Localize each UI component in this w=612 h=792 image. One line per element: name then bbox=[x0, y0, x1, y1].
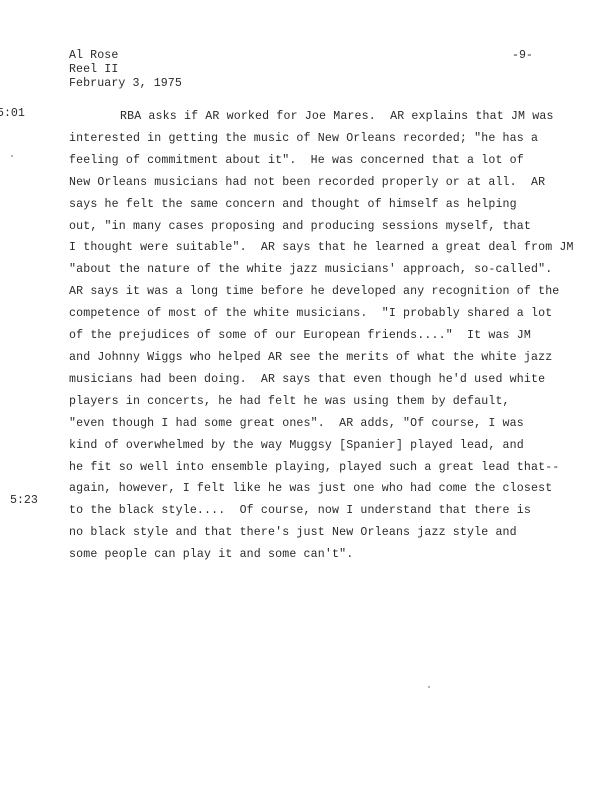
transcript-line: some people can play it and some can't". bbox=[69, 544, 574, 566]
transcript-line: he fit so well into ensemble playing, pl… bbox=[69, 457, 574, 479]
interviewee-name: Al Rose bbox=[69, 49, 182, 63]
transcript-line: "even though I had some great ones". AR … bbox=[69, 413, 574, 435]
transcript-line: "about the nature of the white jazz musi… bbox=[69, 259, 574, 281]
transcript-body: RBA asks if AR worked for Joe Mares. AR … bbox=[69, 106, 574, 566]
transcript-line: musicians had been doing. AR says that e… bbox=[69, 369, 574, 391]
transcript-line: says he felt the same concern and though… bbox=[69, 194, 574, 216]
transcript-line: competence of most of the white musician… bbox=[69, 303, 574, 325]
document-header: Al Rose Reel II February 3, 1975 bbox=[69, 49, 182, 91]
interview-date: February 3, 1975 bbox=[69, 77, 182, 91]
transcript-line-text: RBA asks if AR worked for Joe Mares. AR … bbox=[120, 110, 554, 123]
page-number: -9- bbox=[512, 49, 533, 63]
transcript-line: RBA asks if AR worked for Joe Mares. AR … bbox=[69, 106, 574, 128]
transcript-line: kind of overwhelmed by the way Muggsy [S… bbox=[69, 435, 574, 457]
transcript-line: players in concerts, he had felt he was … bbox=[69, 391, 574, 413]
scan-speck bbox=[428, 686, 430, 688]
reel-label: Reel II bbox=[69, 63, 182, 77]
transcript-line: New Orleans musicians had not been recor… bbox=[69, 172, 574, 194]
transcript-line: again, however, I felt like he was just … bbox=[69, 478, 574, 500]
timestamp-marker: 5:01 bbox=[0, 107, 25, 121]
scan-speck bbox=[11, 155, 13, 157]
transcript-line: I thought were suitable". AR says that h… bbox=[69, 237, 574, 259]
transcript-line: and Johnny Wiggs who helped AR see the m… bbox=[69, 347, 574, 369]
transcript-line: AR says it was a long time before he dev… bbox=[69, 281, 574, 303]
transcript-line: to the black style.... Of course, now I … bbox=[69, 500, 574, 522]
transcript-line: out, "in many cases proposing and produc… bbox=[69, 216, 574, 238]
transcript-line: interested in getting the music of New O… bbox=[69, 128, 574, 150]
document-page: Al Rose Reel II February 3, 1975 -9- 5:0… bbox=[0, 0, 612, 792]
transcript-line: of the prejudices of some of our Europea… bbox=[69, 325, 574, 347]
transcript-line: no black style and that there's just New… bbox=[69, 522, 574, 544]
timestamp-marker: 5:23 bbox=[10, 494, 38, 508]
transcript-line: feeling of commitment about it". He was … bbox=[69, 150, 574, 172]
